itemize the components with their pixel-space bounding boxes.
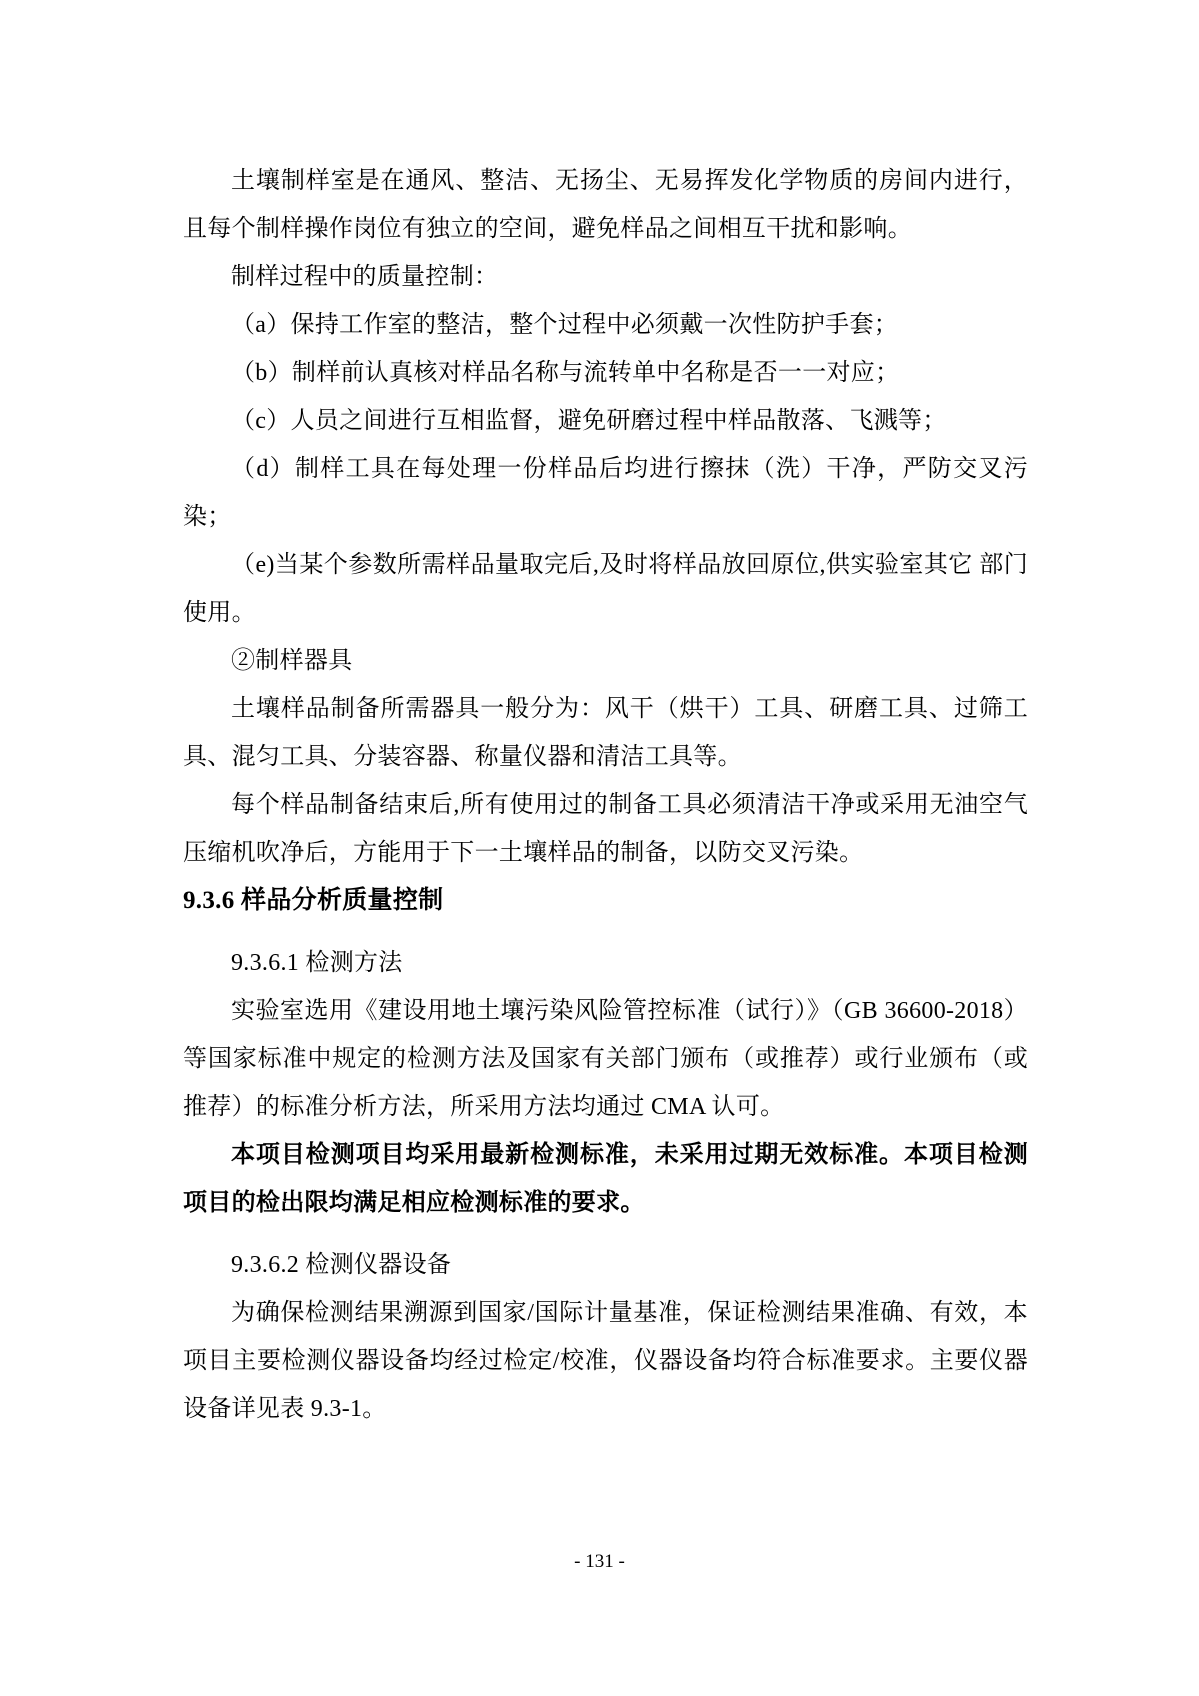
subsection-heading: 9.3.6.2 检测仪器设备	[183, 1241, 1028, 1289]
section-heading: 9.3.6 样品分析质量控制	[183, 877, 1028, 925]
page-number: - 131 -	[0, 1550, 1199, 1574]
paragraph: （d）制样工具在每处理一份样品后均进行擦抹（洗）干净，严防交叉污染；	[183, 445, 1028, 541]
paragraph: 土壤制样室是在通风、整洁、无扬尘、无易挥发化学物质的房间内进行，且每个制样操作岗…	[183, 157, 1028, 253]
page-content: 土壤制样室是在通风、整洁、无扬尘、无易挥发化学物质的房间内进行，且每个制样操作岗…	[183, 157, 1028, 1433]
paragraph: 每个样品制备结束后,所有使用过的制备工具必须清洁干净或采用无油空气压缩机吹净后，…	[183, 781, 1028, 877]
subsection-heading: 9.3.6.1 检测方法	[183, 939, 1028, 987]
paragraph: 本项目检测项目均采用最新检测标准，未采用过期无效标准。本项目检测项目的检出限均满…	[183, 1131, 1028, 1227]
paragraph: （c）人员之间进行互相监督，避免研磨过程中样品散落、飞溅等；	[183, 397, 1028, 445]
paragraph: ②制样器具	[183, 637, 1028, 685]
paragraph: 土壤样品制备所需器具一般分为：风干（烘干）工具、研磨工具、过筛工具、混匀工具、分…	[183, 685, 1028, 781]
paragraph: （a）保持工作室的整洁，整个过程中必须戴一次性防护手套；	[183, 301, 1028, 349]
document-page: 土壤制样室是在通风、整洁、无扬尘、无易挥发化学物质的房间内进行，且每个制样操作岗…	[0, 0, 1199, 1696]
paragraph: 制样过程中的质量控制：	[183, 253, 1028, 301]
paragraph: 为确保检测结果溯源到国家/国际计量基准，保证检测结果准确、有效，本项目主要检测仪…	[183, 1289, 1028, 1433]
paragraph: （b）制样前认真核对样品名称与流转单中名称是否一一对应；	[183, 349, 1028, 397]
paragraph: 实验室选用《建设用地土壤污染风险管控标准（试行）》（GB 36600-2018）…	[183, 987, 1028, 1131]
paragraph: （e)当某个参数所需样品量取完后,及时将样品放回原位,供实验室其它 部门使用。	[183, 541, 1028, 637]
